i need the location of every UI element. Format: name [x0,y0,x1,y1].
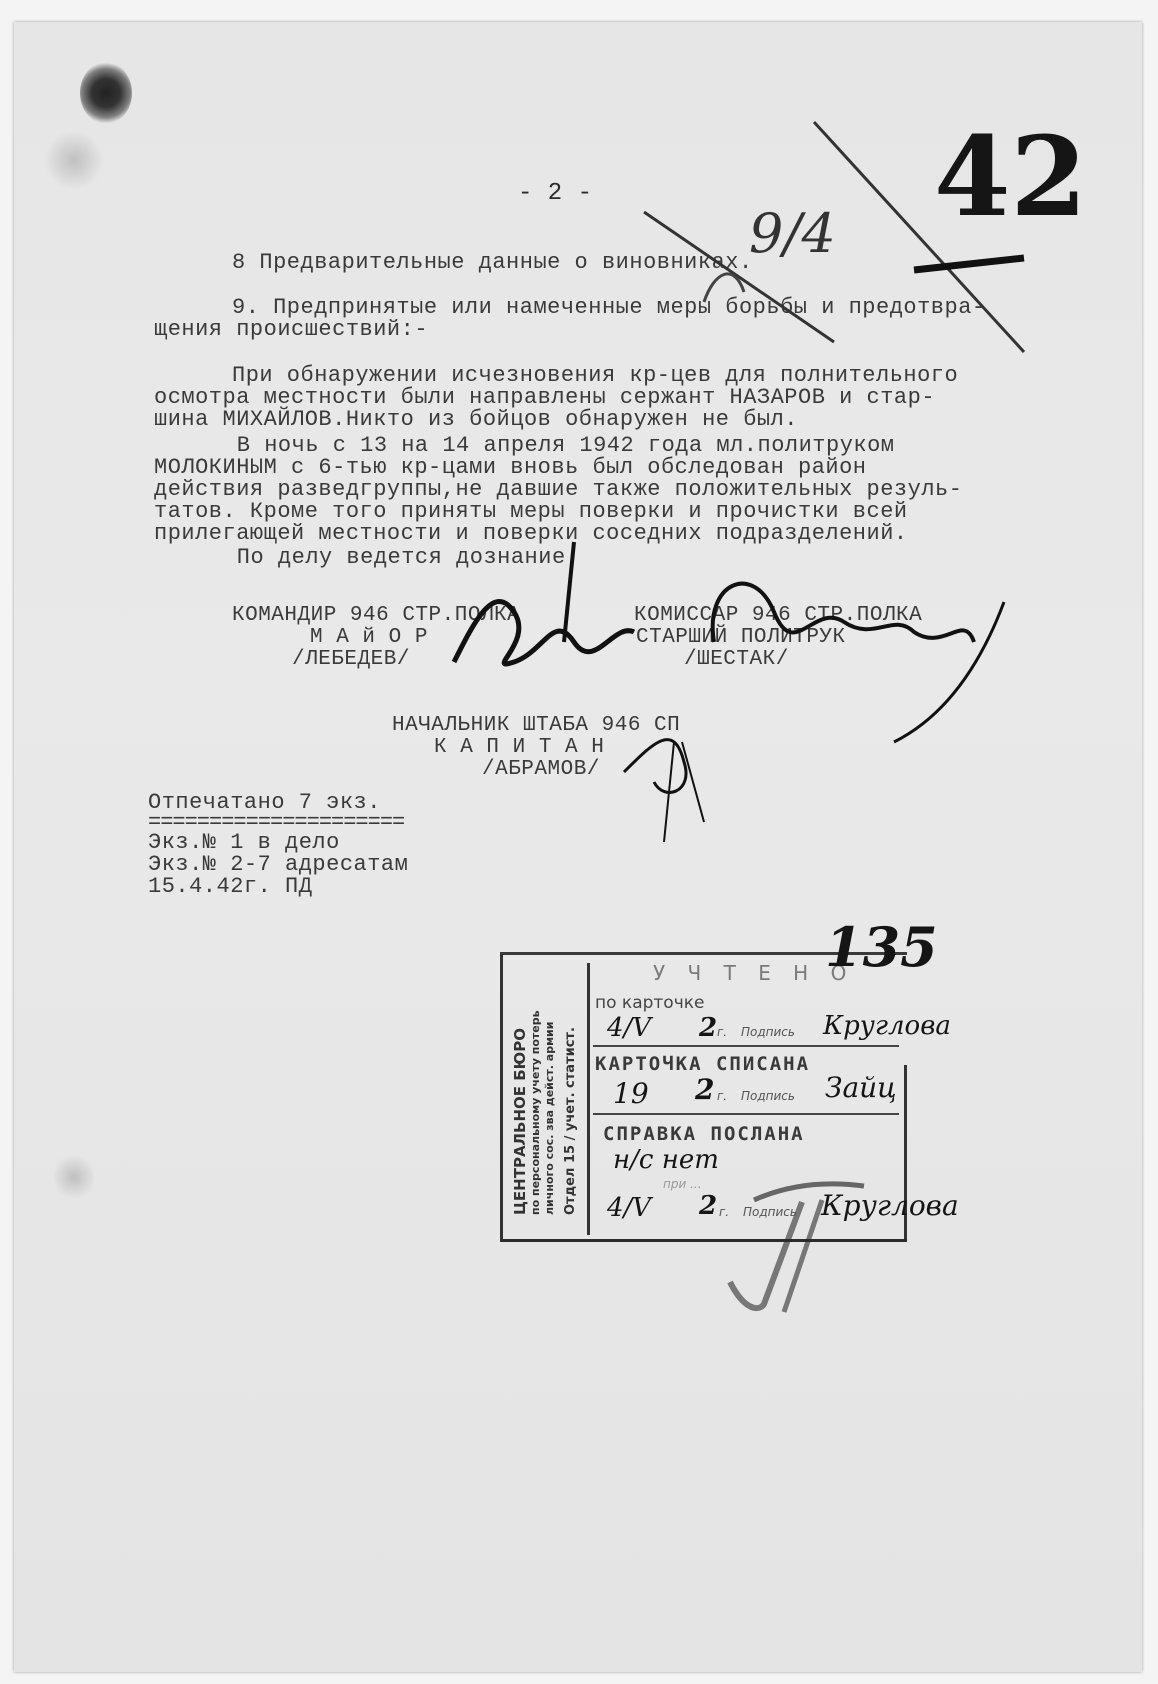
stamp-row1-label: по карточке [595,993,704,1013]
stamp-row3-sub: при ... [663,1177,702,1191]
stamp-row4-year: 2 [699,1191,717,1221]
stamp-row1-date: 4/V [607,1013,651,1043]
stamp-row2-year-suffix: г. [717,1089,727,1103]
handwriting-strokes [14,22,1142,1672]
stamp-row3-label: СПРАВКА ПОСЛАНА [603,1123,805,1145]
stamp-row1-year: 2 [699,1013,717,1043]
stamp-side-line: ЦЕНТРАЛЬНОЕ БЮРО [511,1028,529,1215]
stamp-rule [593,1045,899,1047]
stamp-row2-label: КАРТОЧКА СПИСАНА [595,1053,810,1075]
stamp-row2-sign-label: Подпись [741,1089,795,1103]
stamp-row1-year-suffix: г. [717,1025,727,1039]
stamp-side-line: по персональному учету потерь [529,1010,542,1215]
stamp-row4-signature: Круглова [821,1189,959,1222]
stamp-divider [587,963,590,1235]
registration-stamp: ЦЕНТРАЛЬНОЕ БЮРО по персональному учету … [500,952,907,1242]
stamp-row3-value: н/с нет [613,1145,719,1175]
stamp-row4-date: 4/V [607,1193,651,1223]
stamp-row1-signature: Круглова [823,1011,951,1041]
stamp-side-line: личного сос. зва дейст. армии [543,1022,556,1215]
stamp-row1-sign-label: Подпись [741,1025,795,1039]
stamp-row4-sign-label: Подпись [743,1205,797,1219]
stamp-handwritten-number: 135 [825,915,938,979]
stamp-row4-year-suffix: г. [719,1205,729,1219]
document-page: - 2 - 42 9/4 8 Предварительные данные о … [14,22,1142,1672]
stamp-row2-date: 19 [613,1077,649,1110]
stamp-side-line: Отдел 15 / учет. статист. [563,1027,578,1215]
stamp-rule [593,1113,899,1115]
stamp-row2-signature: Зайц [825,1071,897,1104]
stamp-row2-year: 2 [695,1073,714,1106]
stamp-side-text: ЦЕНТРАЛЬНОЕ БЮРО по персональному учету … [509,965,581,1225]
